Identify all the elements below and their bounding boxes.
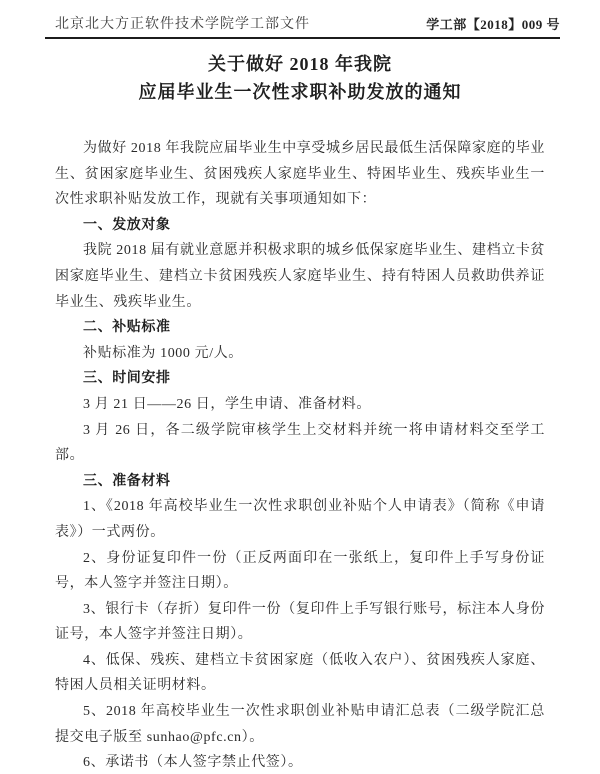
document-page: 北京北大方正软件技术学院学工部文件 学工部【2018】009 号 关于做好 20… bbox=[0, 0, 600, 774]
section-schedule-paragraph-2: 3 月 26 日，各二级学院审核学生上交材料并统一将申请材料交至学工部。 bbox=[55, 418, 545, 469]
section-schedule-paragraph-1: 3 月 21 日——26 日，学生申请、准备材料。 bbox=[55, 392, 545, 418]
material-item-1: 1、《2018 年高校毕业生一次性求职创业补贴个人申请表》（简称《申请表》）一式… bbox=[55, 494, 545, 545]
material-item-5: 5、2018 年高校毕业生一次性求职创业补贴申请汇总表（二级学院汇总提交电子版至… bbox=[55, 699, 545, 750]
title-line-1: 关于做好 2018 年我院 bbox=[0, 50, 600, 78]
section-heading-schedule: 三、时间安排 bbox=[55, 366, 545, 392]
title-line-2: 应届毕业生一次性求职补助发放的通知 bbox=[0, 78, 600, 106]
document-title: 关于做好 2018 年我院 应届毕业生一次性求职补助发放的通知 bbox=[0, 50, 600, 106]
document-header: 北京北大方正软件技术学院学工部文件 学工部【2018】009 号 bbox=[45, 13, 560, 39]
material-item-2: 2、身份证复印件一份（正反两面印在一张纸上，复印件上手写身份证号，本人签字并签注… bbox=[55, 546, 545, 597]
document-number: 学工部【2018】009 号 bbox=[426, 14, 560, 33]
section-recipients-paragraph: 我院 2018 届有就业意愿并积极求职的城乡低保家庭毕业生、建档立卡贫困家庭毕业… bbox=[55, 238, 545, 315]
section-heading-materials: 三、准备材料 bbox=[55, 469, 545, 495]
section-heading-recipients: 一、发放对象 bbox=[55, 213, 545, 239]
intro-paragraph: 为做好 2018 年我院应届毕业生中享受城乡居民最低生活保障家庭的毕业生、贫困家… bbox=[55, 136, 545, 213]
material-item-4: 4、低保、残疾、建档立卡贫困家庭（低收入农户）、贫困残疾人家庭、特困人员相关证明… bbox=[55, 648, 545, 699]
material-item-6: 6、承诺书（本人签字禁止代签）。 bbox=[55, 750, 545, 774]
section-heading-subsidy-standard: 二、补贴标准 bbox=[55, 315, 545, 341]
material-item-3: 3、银行卡（存折）复印件一份（复印件上手写银行账号，标注本人身份证号，本人签字并… bbox=[55, 597, 545, 648]
issuing-department: 北京北大方正软件技术学院学工部文件 bbox=[55, 13, 310, 33]
document-body: 为做好 2018 年我院应届毕业生中享受城乡居民最低生活保障家庭的毕业生、贫困家… bbox=[55, 136, 545, 774]
section-subsidy-standard-paragraph: 补贴标准为 1000 元/人。 bbox=[55, 341, 545, 367]
